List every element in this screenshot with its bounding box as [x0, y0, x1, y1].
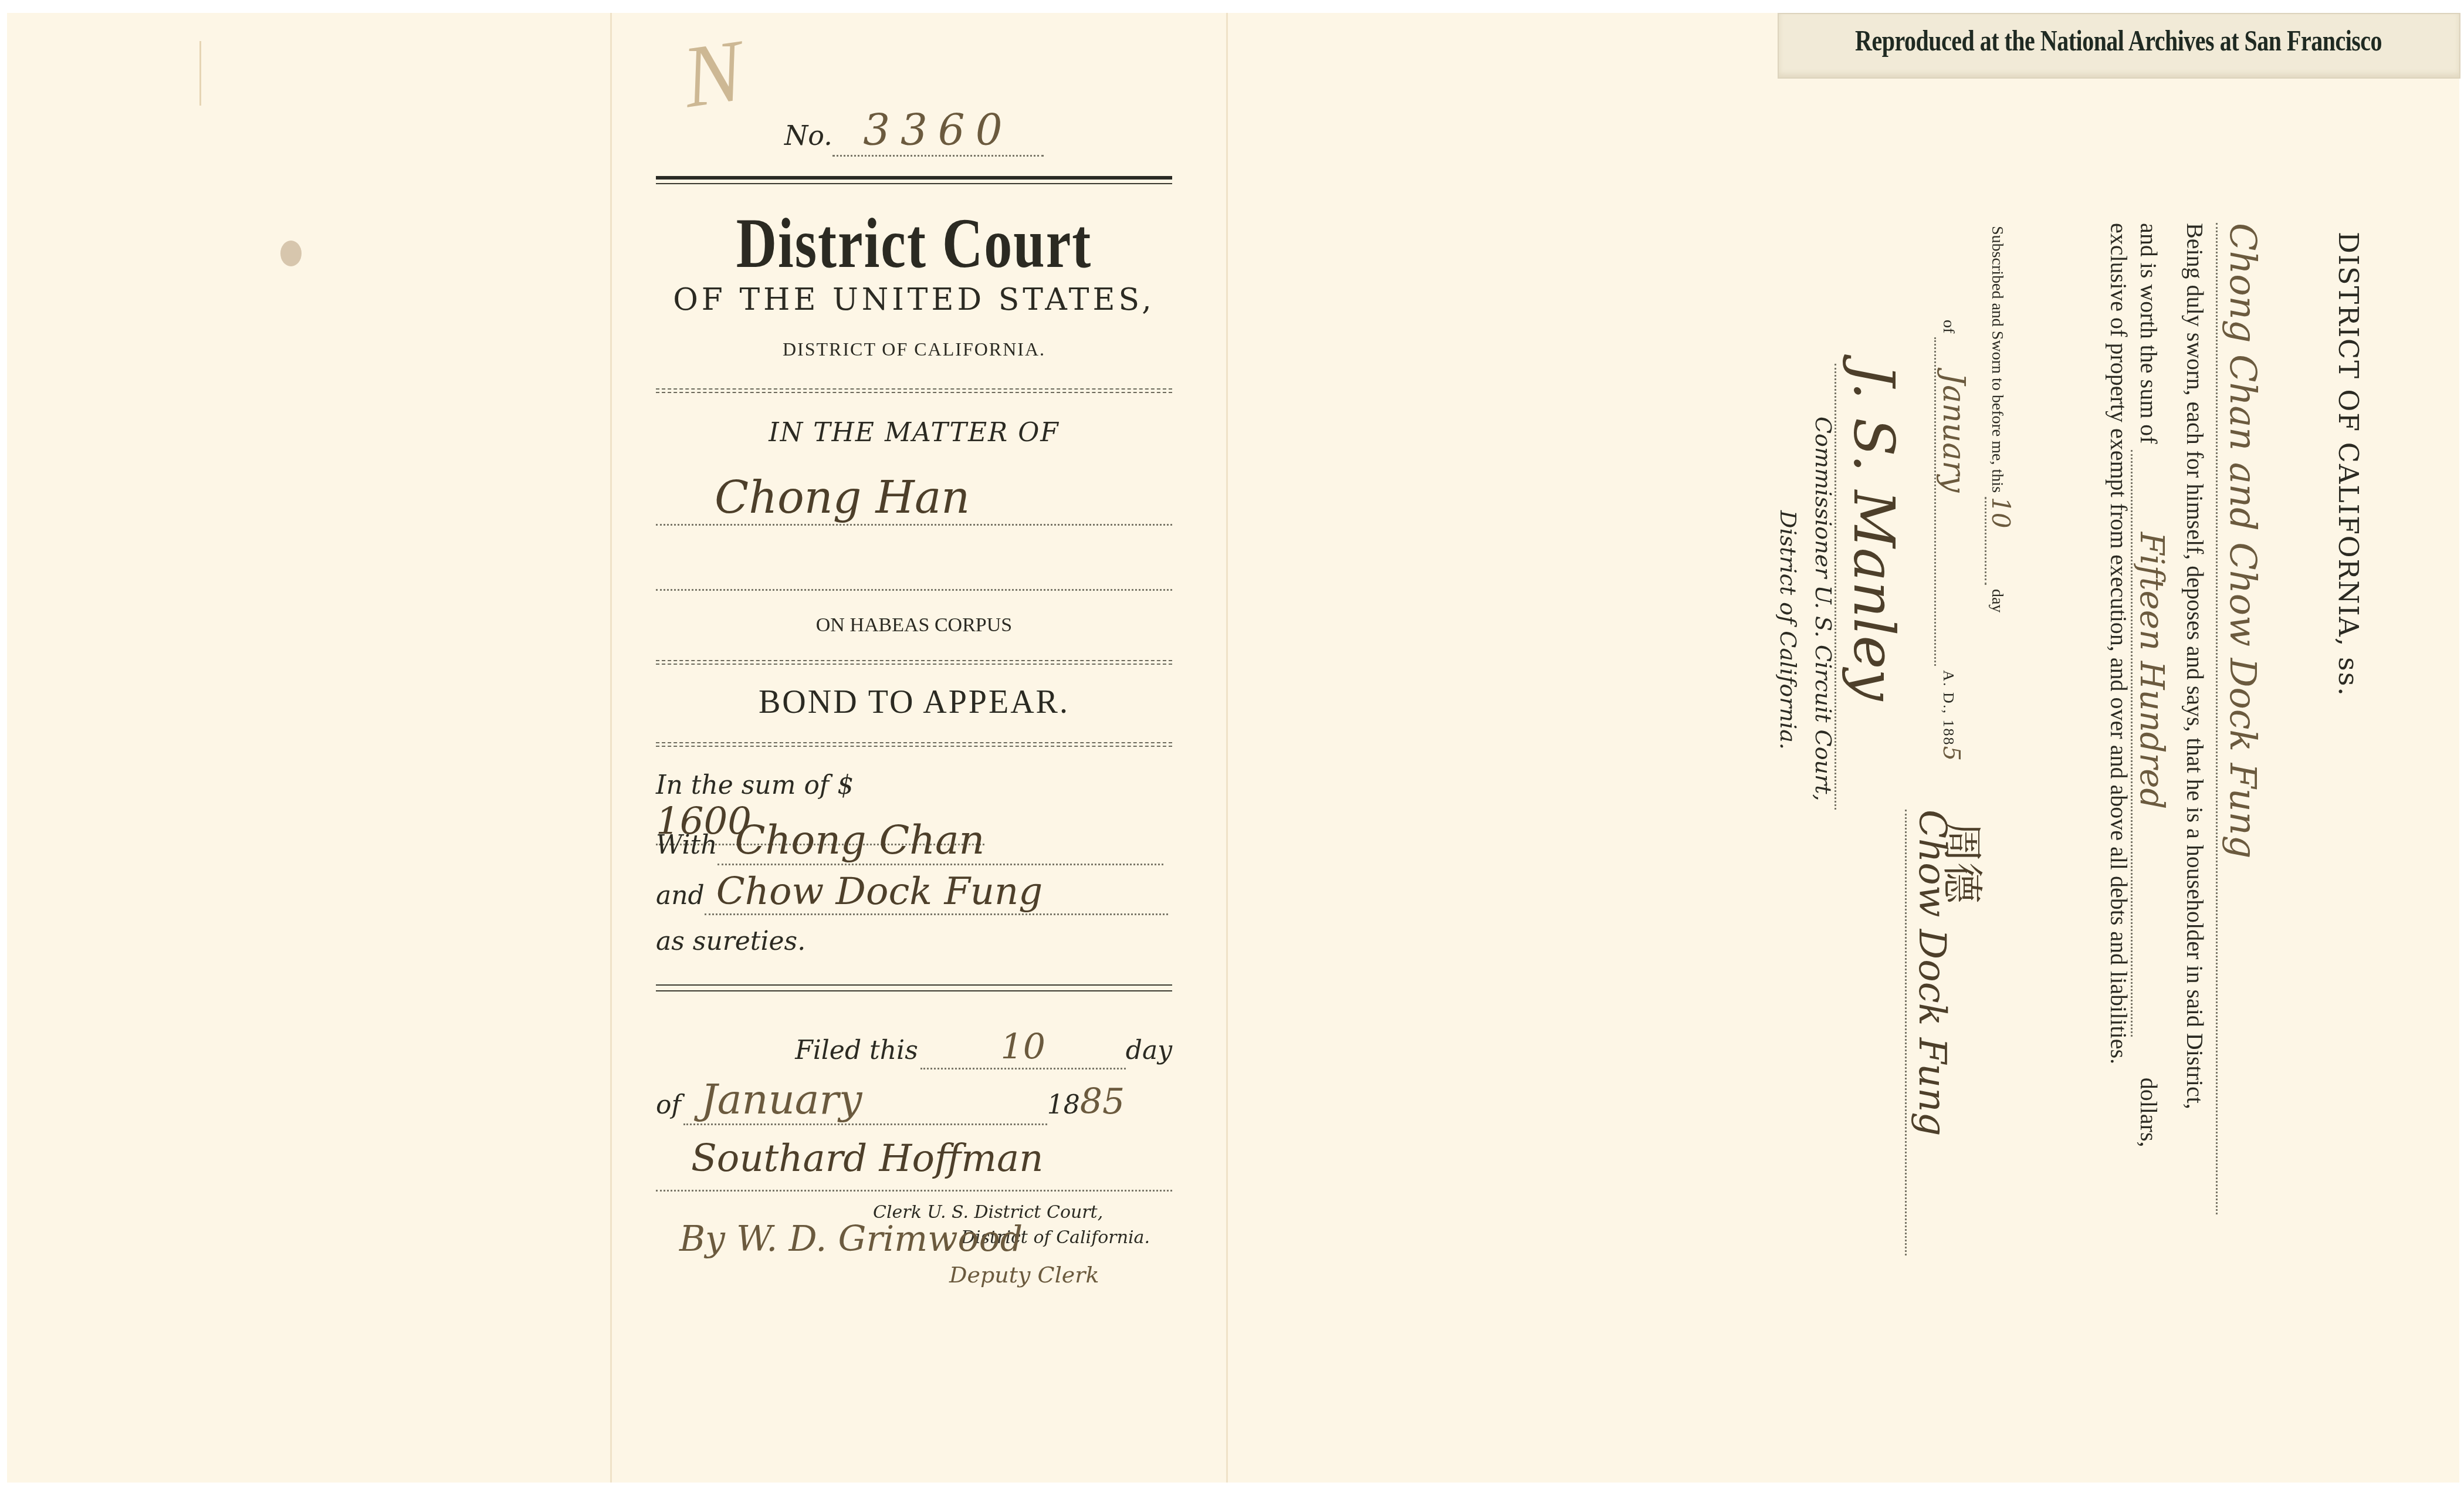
affidavit-heading: DISTRICT OF CALIFORNIA, ss.	[2333, 232, 2364, 697]
year-prefix: 18	[1047, 1090, 1080, 1120]
sworn-label: Subscribed and Sworn to before me, this	[1988, 226, 2006, 493]
commissioner-title-1: Commissioner U. S. Circuit Court,	[1810, 417, 1836, 801]
matter-label: IN THE MATTER OF	[656, 418, 1172, 448]
year-suffix: 85	[1080, 1081, 1125, 1122]
signature-field: Chow Dock Fung	[1905, 810, 1954, 1255]
fold-line-right	[1226, 13, 1228, 1483]
sworn-row: Subscribed and Sworn to before me, this …	[1985, 226, 2015, 612]
deputy-title: Deputy Clerk	[949, 1262, 1172, 1288]
case-number-value: 3360	[863, 106, 1013, 155]
court-subtitle: OF THE UNITED STATES,	[656, 282, 1172, 317]
commissioner-signature: J. S. Manley	[1841, 364, 1907, 701]
filed-month-row: of January1885	[656, 1075, 1172, 1125]
filed-label: Filed this	[795, 1035, 918, 1065]
document-type: BOND TO APPEAR.	[656, 683, 1172, 721]
affiants-names: Chong Chan and Chow Dock Fung	[2222, 223, 2265, 858]
with-label: With	[656, 830, 717, 860]
archive-stamp: Reproduced at the National Archives at S…	[1778, 13, 2460, 79]
commissioner-title-2: District of California.	[1775, 510, 1801, 750]
affidavit-line-3: exclusive of property exempt from execut…	[2105, 223, 2133, 1064]
sworn-month-row: of January A. D., 1885	[1934, 320, 1971, 761]
clerk-signature-field: Southard Hoffman	[656, 1137, 1172, 1192]
sum-label: In the sum of $	[656, 770, 854, 800]
case-number-label: No.	[784, 120, 832, 151]
filed-month: January	[701, 1075, 862, 1123]
sworn-day: 10	[1986, 497, 2015, 528]
ad-year: 5	[1938, 746, 1965, 760]
affiants-field: Chong Chan and Chow Dock Fung	[2216, 223, 2265, 1214]
signature-name: Chow Dock Fung	[1910, 810, 1954, 1136]
case-number-row: No.3360	[656, 106, 1172, 176]
sworn-month: January	[1936, 373, 1971, 492]
bond-cover: No.3360 District Court OF THE UNITED STA…	[656, 106, 1172, 1288]
paper-stain	[280, 241, 302, 266]
surety-2-row: andChow Dock Fung	[656, 870, 1172, 923]
fold-line-left	[610, 13, 612, 1483]
surety-2-name: Chow Dock Fung	[716, 870, 1043, 913]
proceeding-label: ON HABEAS CORPUS	[656, 614, 1172, 637]
commissioner-signature-field: J. S. Manley	[1835, 364, 1907, 810]
matter-name: Chong Han	[715, 471, 970, 523]
surety-1-name: Chong Chan	[735, 817, 985, 864]
worth-value: Fifteen Hundred	[2133, 532, 2171, 810]
archive-stamp-text: Reproduced at the National Archives at S…	[1855, 23, 2382, 58]
paper-scratch	[199, 41, 201, 106]
document-paper	[7, 13, 2459, 1483]
affidavit-line-2: and is worth the sum of Fifteen Hundred …	[2131, 223, 2171, 1148]
clerk-signature: Southard Hoffman	[691, 1137, 1043, 1180]
day-label: day	[1126, 1035, 1172, 1065]
surety-1-row: WithChong Chan	[656, 817, 1172, 870]
district-label: DISTRICT OF CALIFORNIA.	[656, 339, 1172, 360]
filed-day: 10	[1001, 1027, 1045, 1068]
matter-name-field: Chong Han	[656, 471, 1172, 526]
court-title: District Court	[736, 202, 1092, 284]
sum-row: In the sum of $1600	[656, 770, 1172, 817]
and-label: and	[656, 881, 705, 911]
affidavit-line-1: Being duly sworn, each for himself, depo…	[2181, 223, 2209, 1109]
double-rule	[656, 176, 1172, 180]
matter-blank-line	[656, 526, 1172, 591]
filed-day-row: Filed this 10day	[656, 1027, 1172, 1069]
of-label: of	[656, 1090, 681, 1120]
sureties-label: as sureties.	[656, 926, 1172, 956]
